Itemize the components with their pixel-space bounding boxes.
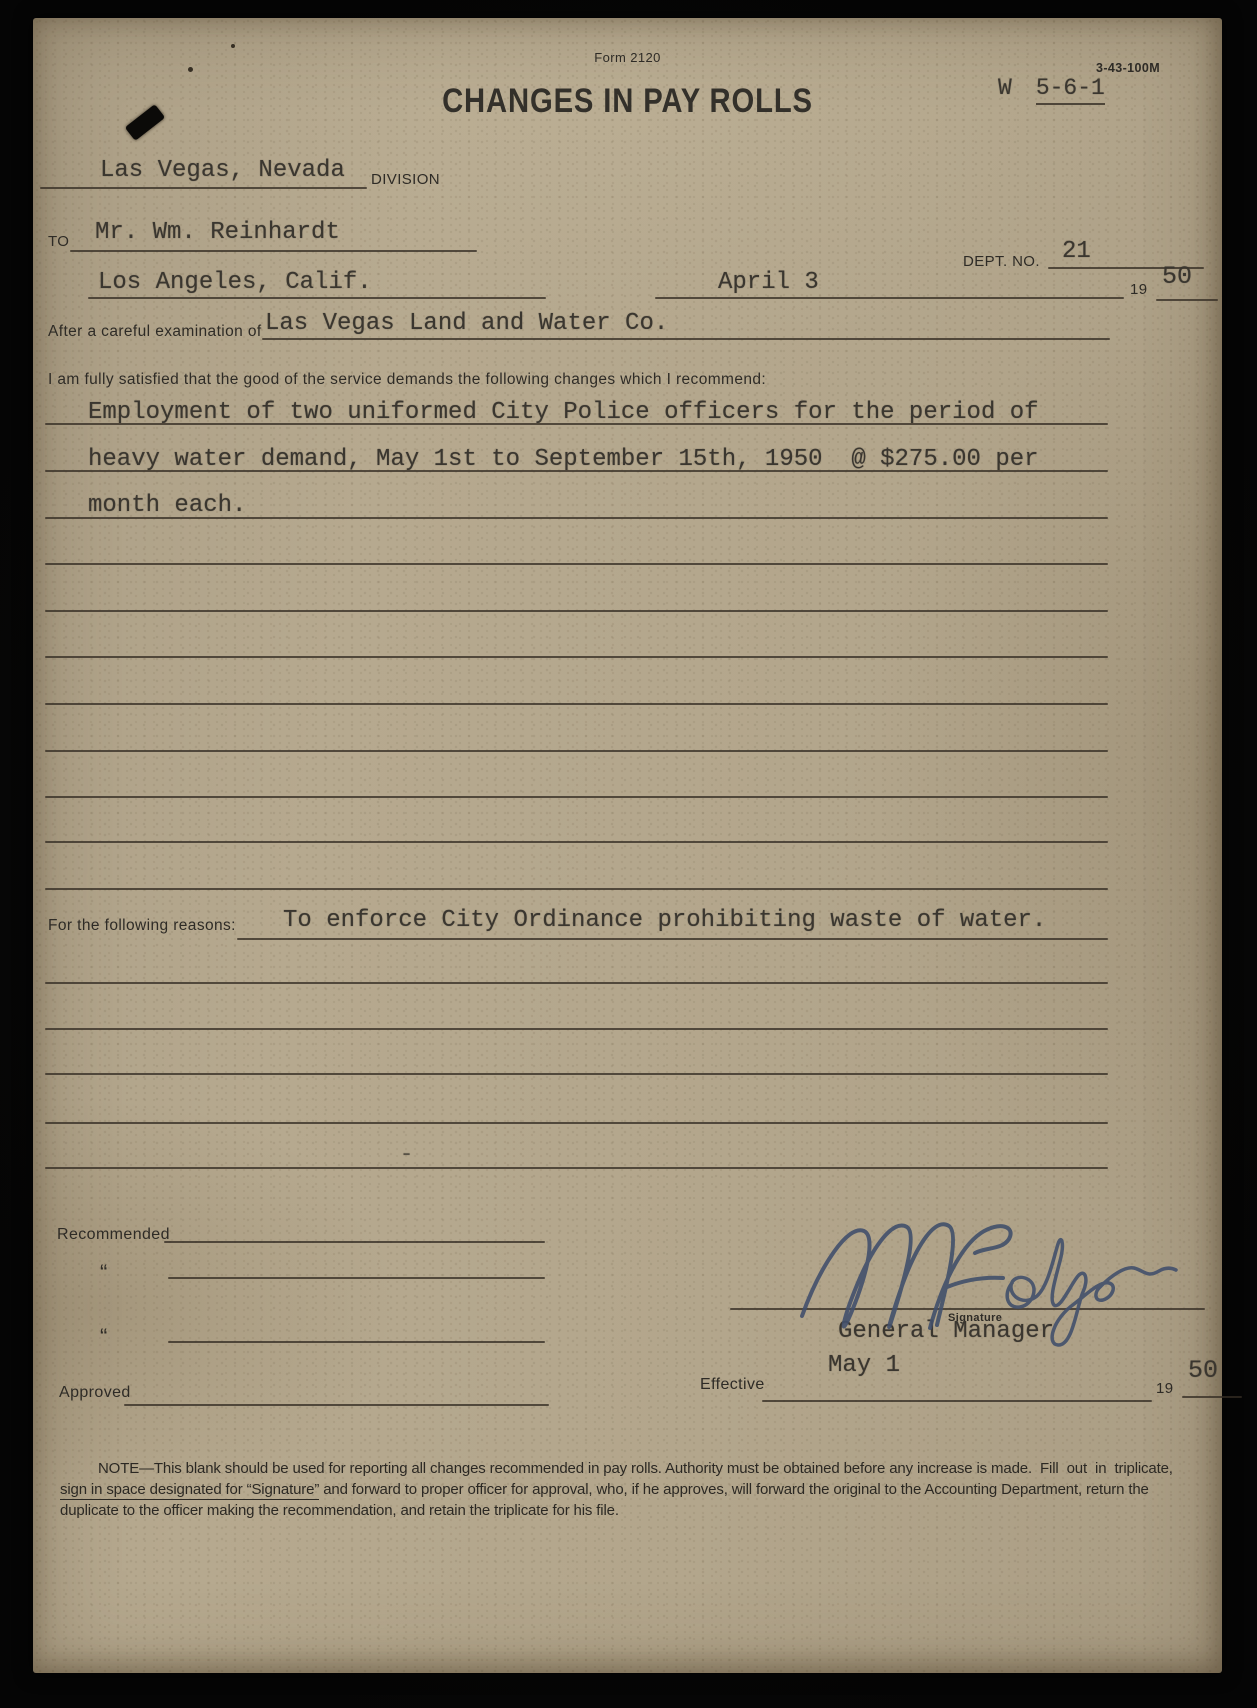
print-code: 3-43-100M (1096, 61, 1160, 75)
division-label: DIVISION (371, 171, 440, 188)
effective-year-prefix: 19 (1156, 1380, 1174, 1397)
effective-year-line (1182, 1396, 1242, 1398)
to-value: Mr. Wm. Reinhardt (95, 219, 340, 246)
ruled-line (45, 656, 1108, 658)
examination-label: After a careful examination of (48, 323, 262, 341)
effective-year-value: 50 (1188, 1356, 1218, 1385)
form-number: Form 2120 (33, 50, 1222, 65)
ruled-line (45, 610, 1108, 612)
year-value: 50 (1162, 262, 1192, 291)
approved-label: Approved (59, 1384, 131, 1402)
division-line (40, 187, 367, 189)
ruled-line (45, 703, 1108, 705)
recommended-line (164, 1241, 545, 1243)
approved-line (124, 1404, 549, 1406)
ruled-line (45, 841, 1108, 843)
dept-no-label: DEPT. NO. (963, 253, 1040, 270)
ruled-line (45, 423, 1108, 425)
ruled-line (45, 888, 1108, 890)
dept-no-value: 21 (1062, 238, 1091, 265)
effective-date: May 1 (828, 1352, 900, 1379)
ruled-line (45, 563, 1108, 565)
document-page: Form 2120 3-43-100M W5-6-1 CHANGES IN PA… (33, 18, 1222, 1673)
year-prefix: 19 (1130, 281, 1148, 298)
changes-line-1: Employment of two uniformed City Police … (88, 399, 1039, 426)
page-title: CHANGES IN PAY ROLLS (116, 82, 1139, 121)
pinhole-mark (188, 67, 193, 72)
division-value: Las Vegas, Nevada (100, 157, 345, 184)
date-line (655, 297, 1124, 299)
footnote-line-2-rest: and forward to proper officer for approv… (319, 1481, 1149, 1498)
footnote-line-2: sign in space designated for “Signature”… (60, 1479, 1200, 1500)
ruled-line (45, 470, 1108, 472)
signature-handwriting (790, 1178, 1180, 1368)
ruled-line (45, 1073, 1108, 1075)
effective-line (762, 1400, 1152, 1402)
scan-background: Form 2120 3-43-100M W5-6-1 CHANGES IN PA… (0, 0, 1257, 1708)
footnote-line-1: NOTE—This blank should be used for repor… (60, 1458, 1200, 1479)
effective-label: Effective (700, 1376, 765, 1394)
changes-line-3: month each. (88, 492, 246, 519)
statement-text: I am fully satisfied that the good of th… (48, 371, 766, 389)
ditto-mark: “ (100, 1260, 107, 1286)
footnote-line-3: duplicate to the officer making the reco… (60, 1500, 1200, 1521)
reasons-line (237, 938, 1108, 940)
examination-line (262, 338, 1110, 340)
footnote: NOTE—This blank should be used for repor… (60, 1458, 1200, 1521)
stray-typed-dash: - (400, 1142, 413, 1167)
ruled-line (45, 796, 1108, 798)
footnote-underlined-phrase: sign in space designated for “Signature” (60, 1481, 319, 1500)
ruled-line (45, 982, 1108, 984)
ruled-line (45, 1028, 1108, 1030)
to-line (70, 250, 477, 252)
place-value: Los Angeles, Calif. (98, 269, 372, 296)
ruled-line (45, 1167, 1108, 1169)
to-label: TO (48, 233, 69, 250)
date-value: April 3 (718, 269, 819, 296)
examination-value: Las Vegas Land and Water Co. (265, 310, 668, 337)
recommended-label: Recommended (57, 1226, 170, 1244)
ruled-line (45, 517, 1108, 519)
changes-line-2: heavy water demand, May 1st to September… (88, 446, 1039, 473)
reasons-label: For the following reasons: (48, 917, 236, 935)
recommended-line-2 (168, 1277, 545, 1279)
year-line (1156, 299, 1218, 301)
ruled-line (45, 750, 1108, 752)
place-line (88, 297, 546, 299)
ditto-mark: “ (100, 1324, 107, 1350)
reasons-value: To enforce City Ordinance prohibiting wa… (283, 907, 1046, 934)
ruled-line (45, 1122, 1108, 1124)
recommended-line-3 (168, 1341, 545, 1343)
pinhole-mark (231, 44, 235, 48)
